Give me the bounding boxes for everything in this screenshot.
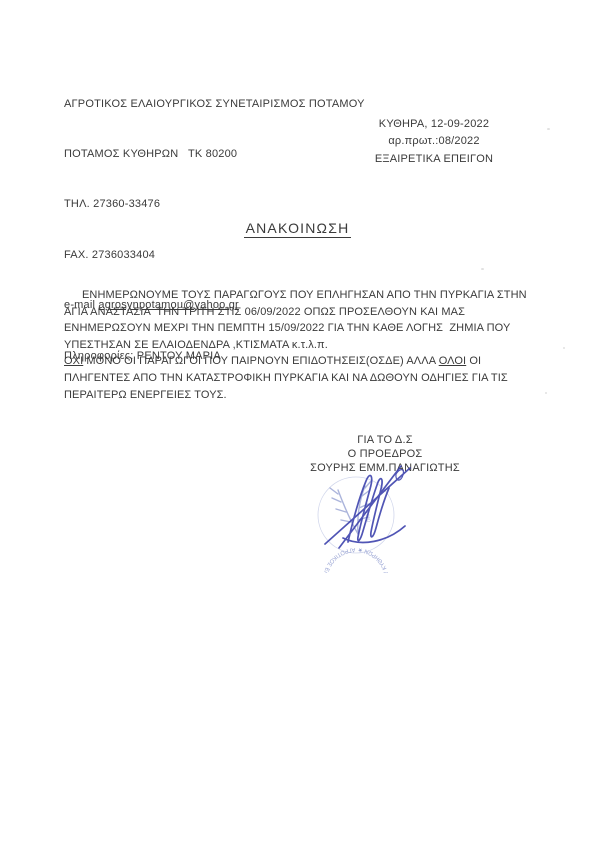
body-line: ΟΧΙ ΜΟΝΟ ΟΙ ΠΑΡΑΓΩΓΟΙ ΠΟΥ ΠΑΙΡΝΟΥΝ ΕΠΙΔΟ… xyxy=(64,353,564,370)
urgency-label: ΕΞΑΙΡΕΤΙΚΑ ΕΠΕΙΓΟΝ xyxy=(358,151,510,168)
scan-speck xyxy=(481,268,484,270)
scan-speck xyxy=(563,347,565,349)
org-phone: ΤΗΛ. 27360-33476 xyxy=(64,196,365,213)
body-line: ΕΝΗΜΕΡΩΝΟΥΜΕ ΤΟΥΣ ΠΑΡΑΓΩΓΟΥΣ ΠΟΥ ΕΠΛΗΓΗΣ… xyxy=(64,287,564,304)
signature-for-line: ΓΙΑ ΤΟ Δ.Σ xyxy=(305,433,465,447)
body-line: ΠΛΗΓΕΝΤΕΣ ΑΠΟ ΤΗΝ ΚΑΤΑΣΤΡΟΦΙΚΗ ΠΥΡΚΑΓΙΑ … xyxy=(64,370,564,387)
org-address: ΠΟΤΑΜΟΣ ΚΥΘΗΡΩΝ ΤΚ 80200 xyxy=(64,146,365,163)
body-line: ΥΠΕΣΤΗΣΑΝ ΣΕ ΕΛΑΙΟΔΕΝΔΡΑ ,ΚΤΙΣΜΑΤΑ κ.τ.λ… xyxy=(64,337,564,354)
body-line: ΑΓΙΑ ΑΝΑΣΤΑΣΙΑ ΤΗΝ ΤΡΙΤΗ ΣΤΙΣ 06/09/2022… xyxy=(64,304,564,321)
round-stamp: ΑΓΡΟΤΙΚΟΣ ΕΛΑΙΟΥΡΓΙΚΟΣ ΣΥΝΕΤΑΙΡΙΣΜΟΣ ΠΟΤ… xyxy=(295,458,445,573)
meta-block: ΚΥΘΗΡΑ, 12-09-2022 αρ.πρωτ.:08/2022 ΕΞΑΙ… xyxy=(358,116,510,168)
place-date: ΚΥΘΗΡΑ, 12-09-2022 xyxy=(358,116,510,133)
scan-speck xyxy=(545,392,547,394)
body-line: ΠΕΡΑΙΤΕΡΩ ΕΝΕΡΓΕΙΕΣ ΤΟΥΣ. xyxy=(64,387,564,404)
protocol-number: αρ.πρωτ.:08/2022 xyxy=(358,133,510,150)
announcement-title: ΑΝΑΚΟΙΝΩΣΗ xyxy=(0,220,595,236)
stamp-ring-text: ΑΓΡΟΤΙΚΟΣ ΕΛΑΙΟΥΡΓΙΚΟΣ ΣΥΝΕΤΑΙΡΙΣΜΟΣ ΠΟΤ… xyxy=(321,546,391,573)
org-name: ΑΓΡΟΤΙΚΟΣ ΕΛΑΙΟΥΡΓΙΚΟΣ ΣΥΝΕΤΑΙΡΙΣΜΟΣ ΠΟΤ… xyxy=(64,96,365,113)
scan-speck xyxy=(547,128,550,130)
org-fax: FAX. 2736033404 xyxy=(64,247,365,264)
scanned-letter-page: ΑΓΡΟΤΙΚΟΣ ΕΛΑΙΟΥΡΓΙΚΟΣ ΣΥΝΕΤΑΙΡΙΣΜΟΣ ΠΟΤ… xyxy=(0,0,595,841)
body-lines: ΕΝΗΜΕΡΩΝΟΥΜΕ ΤΟΥΣ ΠΑΡΑΓΩΓΟΥΣ ΠΟΥ ΕΠΛΗΓΗΣ… xyxy=(64,287,564,403)
body-line: ΕΝΗΜΕΡΩΣΟΥΝ ΜΕΧΡΙ ΤΗΝ ΠΕΜΠΤΗ 15/09/2022 … xyxy=(64,320,564,337)
handwritten-signature xyxy=(325,466,410,548)
